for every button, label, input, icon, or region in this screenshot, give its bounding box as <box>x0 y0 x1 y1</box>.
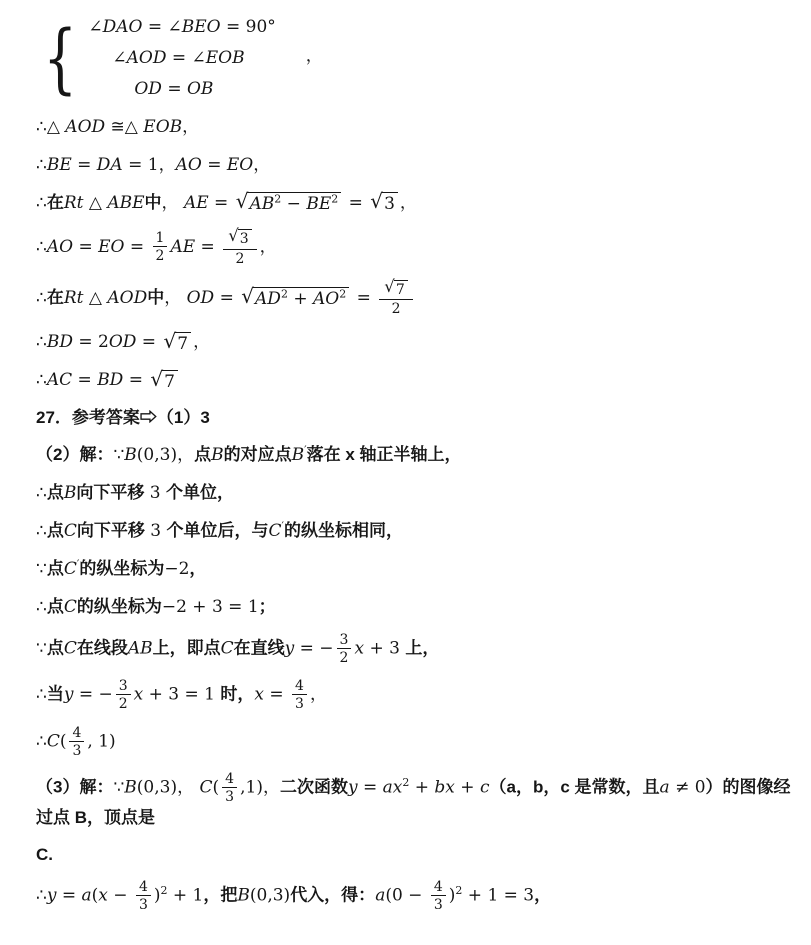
text-run: ( <box>213 777 220 797</box>
text-run: ∴△ <box>36 117 65 137</box>
text-run: a <box>660 777 670 797</box>
text-run: ， <box>189 559 206 578</box>
text-run: ∵ <box>36 559 47 579</box>
fraction-denominator: 3 <box>222 788 237 805</box>
text-run: (0,3) <box>250 886 290 906</box>
fraction: √32 <box>223 228 256 267</box>
text-run: 的纵坐标为 <box>77 597 162 616</box>
document-content: {∠DAO = ∠BEO = 90°∠AOD = ∠EOBOD = OB，∴△ … <box>36 16 795 913</box>
text-run: + 1 = 3 <box>462 886 534 906</box>
text-run: (0 − <box>385 886 428 906</box>
text-run: 上，即点 <box>153 639 221 658</box>
text-run: C <box>47 731 60 751</box>
text-run: , 1) <box>87 731 115 751</box>
system-row: OD = OB <box>134 78 275 100</box>
text-run: = <box>124 237 149 257</box>
text-run: C <box>268 521 281 541</box>
text-run: y <box>64 685 74 705</box>
text-run: 向下平移 <box>76 483 144 502</box>
text-run: x <box>134 685 144 705</box>
text-run: 点 <box>47 521 64 540</box>
text-run: y <box>348 777 358 797</box>
system-comma: ， <box>306 41 323 66</box>
ao-eo-half-ae-line: ∴AO = EO = 12AE = √32， <box>36 228 795 267</box>
text-run: B <box>237 886 250 906</box>
fraction-numerator: 4 <box>136 879 151 896</box>
text-run: AOD <box>65 117 105 137</box>
text-run: 3 <box>144 483 166 503</box>
text-run: = <box>343 193 368 213</box>
text-run: = <box>123 370 148 390</box>
rt-triangle-aod-line: ∴在Rt △ AOD中， OD = √AD2 + AO2 = √72 <box>36 279 795 318</box>
system-rows: ∠DAO = ∠BEO = 90°∠AOD = ∠EOBOD = OB <box>88 16 275 100</box>
left-brace: { <box>43 20 77 96</box>
text-run: AB <box>128 639 153 659</box>
point-c-shift-line: ∴点C向下平移 3 个单位后，与C′的纵坐标相同， <box>36 518 795 544</box>
text-run: 27．参考答案⇨（1）3 <box>36 408 210 427</box>
superscript: 2 <box>161 884 168 897</box>
text-run: （2）解： <box>36 445 113 464</box>
text-run: ∴ <box>36 685 47 705</box>
radicand: 7 <box>162 370 178 393</box>
text-run: = <box>162 79 187 99</box>
square-root: √3 <box>228 228 251 249</box>
text-run: C <box>64 639 77 659</box>
text-run: = <box>214 287 239 307</box>
text-run: OD <box>109 332 137 352</box>
text-run: ∴ <box>36 483 47 503</box>
text-run: 4 <box>434 879 443 895</box>
fraction: 32 <box>116 678 131 712</box>
ac-bd-line: ∴AC = BD = √7 <box>36 367 795 393</box>
fraction-denominator: 2 <box>389 300 404 317</box>
text-run: EOB <box>143 117 182 137</box>
text-run: C <box>64 521 77 541</box>
fraction: 32 <box>337 632 352 666</box>
text-run: ， <box>182 117 199 137</box>
text-run: 个单位后，与 <box>166 521 268 540</box>
text-run: = <box>72 155 97 175</box>
text-run: B <box>292 445 305 465</box>
text-run: ， <box>162 193 184 213</box>
text-run: x <box>98 886 108 906</box>
text-run: 3 <box>384 194 395 214</box>
text-run: B <box>64 483 77 503</box>
text-run: + 3 = 1 <box>143 685 220 705</box>
text-run: B <box>211 445 224 465</box>
text-run: ∴ <box>36 731 47 751</box>
text-run: 2 <box>119 696 128 712</box>
superscript: 2 <box>281 287 288 300</box>
c-ordinate-line: ∴点C的纵坐标为−2 + 3 = 1； <box>36 594 795 620</box>
vertex-c-line: C. <box>36 842 795 867</box>
text-run: 时， <box>220 685 254 704</box>
text-run: 3 <box>340 632 349 648</box>
document-page: {∠DAO = ∠BEO = 90°∠AOD = ∠EOBOD = OB，∴△ … <box>0 0 811 945</box>
bd-2od-line: ∴BD = 2OD = √7， <box>36 329 795 355</box>
square-root: √AB2 − BE2 <box>236 191 342 215</box>
text-run: ∵ <box>36 639 47 659</box>
text-run: B <box>124 777 137 797</box>
point-c-coordinates-line: ∴C(43, 1) <box>36 725 795 759</box>
text-run: = 1， <box>123 155 176 175</box>
fraction-numerator: 4 <box>222 771 237 788</box>
text-run: −2 + 3 = 1 <box>162 597 259 617</box>
text-run: + <box>455 777 480 797</box>
fraction-denominator: 2 <box>153 247 168 264</box>
fraction: 43 <box>69 725 84 759</box>
c-on-segment-ab-line: ∵点C在线段AB上，即点C在直线y = −32x + 3 上， <box>36 632 795 666</box>
text-run: C <box>64 597 77 617</box>
text-run: AOD <box>127 48 167 68</box>
fraction: 43 <box>136 879 151 913</box>
text-run: C. <box>36 845 53 864</box>
fraction-numerator: 4 <box>431 879 446 896</box>
text-run: BE <box>306 194 331 214</box>
solve-x-line: ∴当y = −32x + 3 = 1 时，x = 43， <box>36 678 795 712</box>
text-run: OB <box>187 79 213 99</box>
text-run: 4 <box>139 879 148 895</box>
text-run: −2 <box>164 559 189 579</box>
text-run: ∵ <box>113 445 124 465</box>
substitute-b-line: ∴y = a(x − 43)2 + 1，把B(0,3)代入，得：a(0 − 43… <box>36 879 795 913</box>
text-run: AE <box>170 237 195 257</box>
text-run: DA <box>97 155 123 175</box>
text-run: BE <box>47 155 72 175</box>
answer-27-heading: 27．参考答案⇨（1）3 <box>36 405 795 430</box>
text-run: △ <box>89 287 107 307</box>
text-run: = <box>358 777 383 797</box>
text-run: ∴ <box>36 237 47 257</box>
text-run: （3）解： <box>36 777 113 796</box>
text-run: a <box>82 886 92 906</box>
text-run: 7 <box>164 372 175 392</box>
text-run: + <box>288 289 313 309</box>
text-run: ， <box>310 685 327 705</box>
text-run: 4 <box>225 771 234 787</box>
text-run: = <box>73 237 98 257</box>
radicand: 3 <box>238 229 252 249</box>
text-run: EO <box>98 237 124 257</box>
text-run: ∴ <box>36 287 47 307</box>
text-run: = <box>72 370 97 390</box>
text-run: 7 <box>177 334 188 354</box>
text-run: 上， <box>405 639 439 658</box>
radicand: AB2 − BE2 <box>247 192 341 215</box>
fraction-denominator: 2 <box>116 695 131 712</box>
text-run: AB <box>249 194 274 214</box>
text-run: = <box>202 155 227 175</box>
radicand: 7 <box>394 280 408 300</box>
text-run: 2 <box>340 650 349 666</box>
text-run: ∠ <box>168 17 182 37</box>
text-run: 在 <box>47 193 64 212</box>
fraction-denominator: 2 <box>337 649 352 666</box>
text-run: 4 <box>72 725 81 741</box>
text-run: AO <box>313 289 339 309</box>
fraction: 43 <box>222 771 237 805</box>
text-run: ) <box>154 886 161 906</box>
fraction-numerator: 3 <box>116 678 131 695</box>
text-run: OD <box>187 287 215 307</box>
text-run: BD <box>97 370 123 390</box>
text-run: 中 <box>145 193 162 212</box>
radicand: AD2 + AO2 <box>253 287 349 310</box>
text-run: 点 <box>47 483 64 502</box>
fraction-numerator: √7 <box>379 279 412 301</box>
text-run: = − <box>294 639 333 659</box>
text-run: y <box>285 639 295 659</box>
text-run: 3 <box>434 897 443 913</box>
c-prime-ordinate-line: ∵点C′的纵坐标为−2， <box>36 556 795 582</box>
text-run: 1 <box>156 230 165 246</box>
text-run: 点 <box>47 597 64 616</box>
fraction-denominator: 2 <box>232 250 247 267</box>
square-root: √7 <box>150 369 178 393</box>
text-run: y <box>47 886 57 906</box>
text-run: EOB <box>206 48 245 68</box>
text-run: 的对应点 <box>224 445 292 464</box>
text-run: ∴ <box>36 332 47 352</box>
text-run: − <box>108 886 133 906</box>
text-run: 2 <box>392 301 401 317</box>
text-run: ,1)， <box>240 777 280 797</box>
text-run: ≠ 0 <box>670 777 706 797</box>
text-run: 3 <box>145 521 167 541</box>
text-run: C <box>64 559 77 579</box>
square-root: √3 <box>370 191 398 215</box>
text-run: 2 <box>156 248 165 264</box>
fraction: √72 <box>379 279 412 318</box>
text-run: Rt <box>64 287 89 307</box>
text-run: ， <box>260 237 277 257</box>
text-run: ， <box>193 332 210 352</box>
text-run: + 1 <box>168 886 204 906</box>
text-run: ∴ <box>36 521 47 541</box>
text-run: 的纵坐标为 <box>79 559 164 578</box>
text-run: = <box>142 17 167 37</box>
fraction-denominator: 3 <box>69 742 84 759</box>
text-run: 3 <box>225 789 234 805</box>
part3-solution-line: （3）解：∵B(0,3)， C(43,1)，二次函数y = ax2 + bx +… <box>36 771 795 830</box>
text-run: 二次函数 <box>280 777 348 796</box>
rt-triangle-abe-line: ∴在Rt △ ABE中， AE = √AB2 − BE2 = √3， <box>36 190 795 216</box>
fraction-numerator: √3 <box>223 228 256 250</box>
text-run: ，把 <box>203 886 237 905</box>
text-run: AD <box>255 289 281 309</box>
text-run: x <box>254 685 264 705</box>
fraction-denominator: 3 <box>136 896 151 913</box>
superscript: 2 <box>339 287 346 300</box>
be-da-ao-eo-line: ∴BE = DA = 1，AO = EO， <box>36 152 795 178</box>
text-run: 当 <box>47 685 64 704</box>
text-run: ( <box>60 731 67 751</box>
text-run: ABE <box>107 193 144 213</box>
fraction: 43 <box>431 879 446 913</box>
text-run: AO <box>176 155 202 175</box>
radicand: 7 <box>175 332 191 355</box>
text-run: 点 <box>47 559 64 578</box>
text-run: 3 <box>72 743 81 759</box>
text-run: ≅△ <box>105 117 143 137</box>
text-run: ∴ <box>36 886 47 906</box>
text-run: Rt <box>64 193 89 213</box>
text-run: 7 <box>396 282 405 298</box>
text-run: ∠ <box>88 17 102 37</box>
text-run: = <box>264 685 289 705</box>
system-row: ∠DAO = ∠BEO = 90° <box>88 16 275 38</box>
text-run: 3 <box>295 696 304 712</box>
point-b-shift-line: ∴点B向下平移 3 个单位， <box>36 480 795 506</box>
square-root: √AD2 + AO2 <box>241 286 349 310</box>
fraction-numerator: 1 <box>153 230 168 247</box>
text-run: 3 <box>139 897 148 913</box>
text-run: = <box>136 332 161 352</box>
system-row: ∠AOD = ∠EOB <box>112 47 275 69</box>
text-run: 在直线 <box>234 639 285 658</box>
radicand: 3 <box>382 192 398 215</box>
text-run: = <box>351 287 376 307</box>
text-run: ∵ <box>113 777 124 797</box>
text-run: （a，b，c 是常数，且 <box>490 777 660 796</box>
text-run: 个单位， <box>166 483 234 502</box>
text-run: 在 <box>47 287 64 306</box>
text-run: = − <box>73 685 112 705</box>
text-run: = <box>56 886 81 906</box>
text-run: = <box>209 193 234 213</box>
text-run: BD <box>47 332 73 352</box>
text-run: OD <box>134 79 162 99</box>
text-run: 代入，得： <box>290 886 375 905</box>
text-run: (0,3)， <box>137 445 194 465</box>
text-run: − <box>281 194 306 214</box>
congruent-triangles-line: ∴△ AOD ≅△ EOB， <box>36 114 795 140</box>
text-run: ， <box>534 886 551 905</box>
text-run: x <box>354 639 364 659</box>
equation-system: {∠DAO = ∠BEO = 90°∠AOD = ∠EOBOD = OB， <box>36 16 795 100</box>
fraction-numerator: 4 <box>292 678 307 695</box>
text-run: ax <box>383 777 403 797</box>
text-run: + 3 <box>364 639 405 659</box>
text-run: bx <box>434 777 454 797</box>
text-run: B <box>124 445 137 465</box>
text-run: 点 <box>47 639 64 658</box>
text-run: C <box>200 777 213 797</box>
text-run: 中 <box>147 287 164 306</box>
part2-solution-line: （2）解：∵B(0,3)，点B的对应点B′落在 x 轴正半轴上， <box>36 442 795 468</box>
text-run: 点 <box>194 445 211 464</box>
text-run: EO <box>227 155 253 175</box>
square-root: √7 <box>163 331 191 355</box>
text-run: = <box>166 48 191 68</box>
text-run: 的纵坐标相同， <box>284 521 403 540</box>
text-run: 在线段 <box>77 639 128 658</box>
text-run: 3 <box>240 231 249 247</box>
text-run: △ <box>89 193 107 213</box>
text-run: 4 <box>295 678 304 694</box>
fraction-denominator: 3 <box>431 896 446 913</box>
fraction-numerator: 3 <box>337 632 352 649</box>
text-run: 落在 x 轴正半轴上， <box>307 445 462 464</box>
square-root: √7 <box>384 279 407 300</box>
text-run: AO <box>47 237 73 257</box>
text-run: AE <box>184 193 209 213</box>
fraction: 12 <box>153 230 168 264</box>
text-run: C <box>221 639 234 659</box>
text-run: BEO <box>182 17 221 37</box>
text-run: ∴ <box>36 597 47 617</box>
text-run: ， <box>164 287 186 307</box>
text-run: ， <box>253 155 270 175</box>
text-run: 3 <box>119 678 128 694</box>
text-run: ， <box>400 193 417 213</box>
text-run: + <box>409 777 434 797</box>
text-run: ∠ <box>192 48 206 68</box>
text-run: = 2 <box>73 332 109 352</box>
text-run: ∴ <box>36 193 47 213</box>
text-run: ∴ <box>36 370 47 390</box>
text-run: AC <box>47 370 72 390</box>
fraction-numerator: 4 <box>69 725 84 742</box>
fraction-denominator: 3 <box>292 695 307 712</box>
text-run: (0,3)， <box>137 777 200 797</box>
text-run: 2 <box>235 251 244 267</box>
text-run: 向下平移 <box>77 521 145 540</box>
text-run: a <box>375 886 385 906</box>
text-run: = <box>195 237 220 257</box>
text-run: c <box>480 777 490 797</box>
text-run: DAO <box>103 17 143 37</box>
text-run: AOD <box>107 287 147 307</box>
text-run: ∠ <box>112 48 126 68</box>
text-run: ∴ <box>36 155 47 175</box>
superscript: 2 <box>331 193 338 206</box>
text-run: ； <box>259 597 276 616</box>
fraction: 43 <box>292 678 307 712</box>
text-run: = 90° <box>221 17 276 37</box>
